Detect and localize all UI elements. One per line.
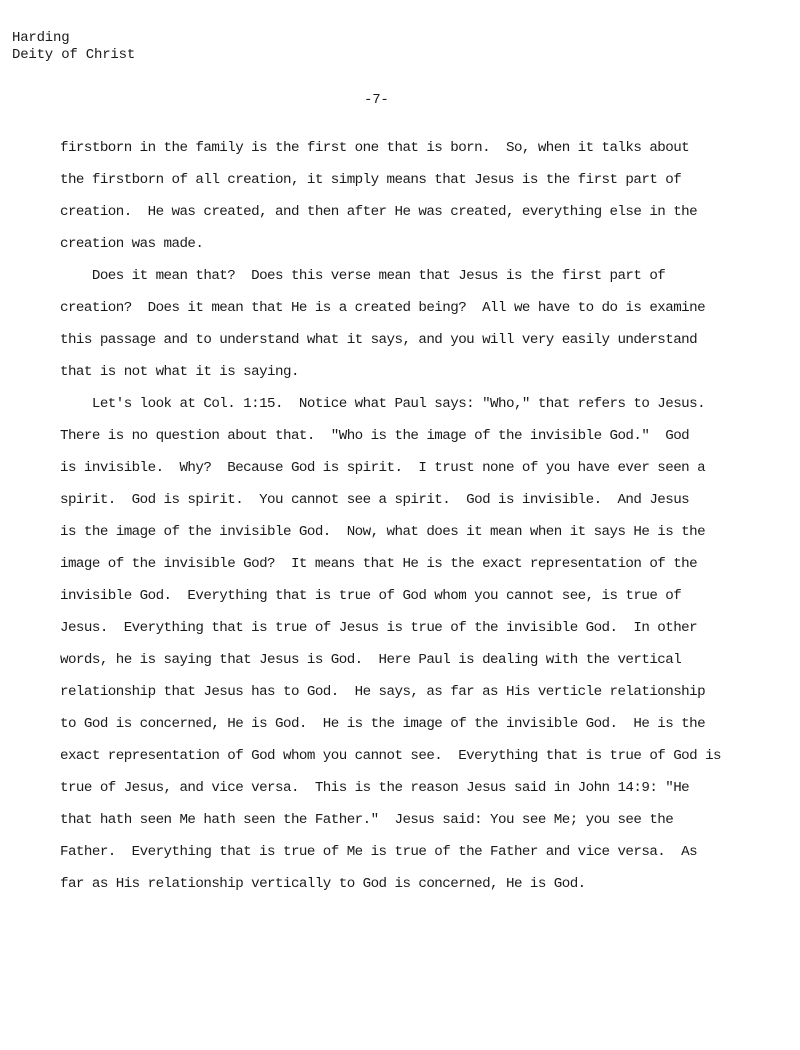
- text-line: creation was made.: [60, 234, 760, 266]
- text-line: Father. Everything that is true of Me is…: [60, 842, 760, 874]
- text-line: invisible God. Everything that is true o…: [60, 586, 760, 618]
- text-line: is the image of the invisible God. Now, …: [60, 522, 760, 554]
- author-name: Harding: [12, 30, 135, 47]
- document-header: Harding Deity of Christ: [12, 30, 135, 64]
- text-line: Let's look at Col. 1:15. Notice what Pau…: [60, 394, 760, 426]
- text-line: that hath seen Me hath seen the Father."…: [60, 810, 760, 842]
- text-line: firstborn in the family is the first one…: [60, 138, 760, 170]
- text-line: true of Jesus, and vice versa. This is t…: [60, 778, 760, 810]
- text-line: spirit. God is spirit. You cannot see a …: [60, 490, 760, 522]
- text-line: There is no question about that. "Who is…: [60, 426, 760, 458]
- text-line: that is not what it is saying.: [60, 362, 760, 394]
- body-text: firstborn in the family is the first one…: [60, 138, 760, 906]
- text-line: relationship that Jesus has to God. He s…: [60, 682, 760, 714]
- page-number: -7-: [364, 92, 389, 108]
- text-line: Jesus. Everything that is true of Jesus …: [60, 618, 760, 650]
- text-line: creation. He was created, and then after…: [60, 202, 760, 234]
- text-line: far as His relationship vertically to Go…: [60, 874, 760, 906]
- text-line: is invisible. Why? Because God is spirit…: [60, 458, 760, 490]
- text-line: creation? Does it mean that He is a crea…: [60, 298, 760, 330]
- text-line: to God is concerned, He is God. He is th…: [60, 714, 760, 746]
- document-title: Deity of Christ: [12, 47, 135, 64]
- text-line: the firstborn of all creation, it simply…: [60, 170, 760, 202]
- text-line: image of the invisible God? It means tha…: [60, 554, 760, 586]
- text-line: words, he is saying that Jesus is God. H…: [60, 650, 760, 682]
- text-line: exact representation of God whom you can…: [60, 746, 760, 778]
- text-line: this passage and to understand what it s…: [60, 330, 760, 362]
- text-line: Does it mean that? Does this verse mean …: [60, 266, 760, 298]
